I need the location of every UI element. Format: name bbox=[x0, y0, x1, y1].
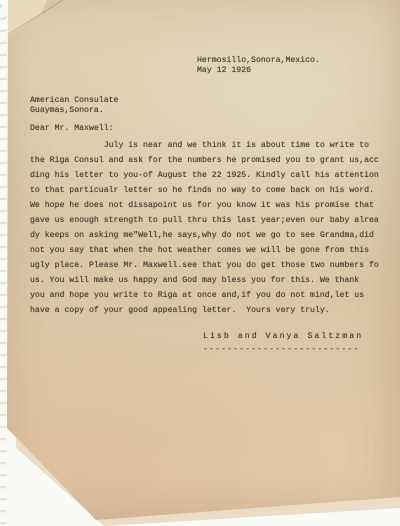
body-line: to that particualr letter so he finds no… bbox=[30, 183, 385, 198]
body-line: ding his letter to you-of August the 22 … bbox=[30, 168, 385, 183]
signature-underline: -------------------------- bbox=[203, 345, 359, 354]
body-line: the Riga Consul and ask for the numbers … bbox=[30, 153, 385, 168]
body-line: us. You will make us happy and God may b… bbox=[30, 273, 385, 288]
return-address-line: Hermosillo,Sonora,Mexico. bbox=[197, 56, 320, 66]
body-line bbox=[30, 318, 385, 333]
letter-body: July is near and we think it is about ti… bbox=[30, 138, 385, 333]
recipient-address-line: Guaymas,Sonora. bbox=[30, 106, 118, 116]
body-line: dy keeps on asking me"Well,he says,why d… bbox=[30, 228, 385, 243]
body-line: gave us enough strength to pull thru thi… bbox=[30, 213, 385, 228]
signature: Lisb and Vanya Saltzman bbox=[203, 332, 363, 341]
return-address: Hermosillo,Sonora,Mexico.May 12 1926 bbox=[197, 56, 320, 76]
return-address-line: May 12 1926 bbox=[197, 66, 320, 76]
body-line: We hope he does not dissapoint us for yo… bbox=[30, 198, 385, 213]
recipient-address-line: American Consulate bbox=[30, 96, 118, 106]
body-line: have a copy of your good appealing lette… bbox=[30, 303, 385, 318]
body-line: ugly place. Please Mr. Maxwell.see that … bbox=[30, 258, 385, 273]
recipient-address: American ConsulateGuaymas,Sonora. bbox=[30, 96, 118, 115]
letter-scan: Hermosillo,Sonora,Mexico.May 12 1926 Ame… bbox=[0, 0, 400, 526]
body-line: not you say that when the hot weather co… bbox=[30, 243, 385, 258]
body-line: you and hope you write to Riga at once a… bbox=[30, 288, 385, 303]
body-line: July is near and we think it is about ti… bbox=[30, 138, 385, 153]
salutation: Dear Mr. Maxwell: bbox=[30, 124, 114, 133]
typewritten-text-layer: Hermosillo,Sonora,Mexico.May 12 1926 Ame… bbox=[0, 0, 400, 526]
